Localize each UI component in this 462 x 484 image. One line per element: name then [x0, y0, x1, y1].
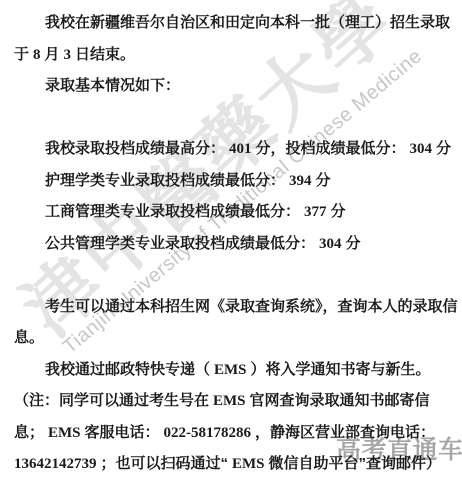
latin-number-text: EMS: [48, 425, 81, 441]
chinese-text: 我校录取投档成绩最高分：: [45, 140, 225, 157]
latin-number-text: 304: [319, 236, 342, 252]
latin-number-text: 394: [289, 173, 312, 189]
doc-line: （注：同学可以通过考生号在EMS官网查询录取通知书邮寄信: [14, 385, 448, 417]
doc-line: 我校通过邮政特快专递（EMS）将入学通知书寄与新生。: [14, 354, 448, 386]
doc-line: 息；EMS客服电话：022-58178286，静海区营业部查询电话：: [14, 417, 448, 449]
blank-line: [14, 259, 448, 291]
chinese-text: 客服电话：: [85, 424, 160, 441]
chinese-text: 微信自助平台”查询邮件）: [269, 455, 442, 472]
chinese-text: ，静海区营业部查询电话：: [255, 424, 435, 441]
doc-line: 公共管理学类专业录取投档成绩最低分：304分: [14, 228, 448, 260]
chinese-text: 工商管理类专业录取投档成绩最低分：: [45, 203, 300, 220]
doc-line: 我校在新疆维吾尔自治区和田定向本科一批（理工）招生录取: [14, 7, 448, 39]
chinese-text: 月: [45, 46, 60, 63]
doc-line: 护理学类专业录取投档成绩最低分：394分: [14, 165, 448, 197]
chinese-text: ；也可以扫码通过“: [101, 455, 229, 472]
chinese-text: 官网查询录取通知书邮寄信: [250, 392, 430, 409]
document-page: 津中醫藥大學 Tianjin University of Traditional…: [0, 0, 462, 484]
latin-number-text: EMS: [213, 393, 246, 409]
doc-line: 考生可以通过本科招生网《录取查询系统》，查询本人的录取信: [14, 291, 448, 323]
latin-number-text: EMS: [214, 362, 247, 378]
latin-number-text: 304: [410, 141, 433, 157]
latin-number-text: EMS: [232, 456, 265, 472]
chinese-text: 分: [316, 172, 331, 189]
latin-number-text: 022-58178286: [164, 425, 252, 441]
doc-line: 工商管理类专业录取投档成绩最低分：377分: [14, 196, 448, 228]
chinese-text: 我校通过邮政特快专递（: [45, 361, 210, 378]
chinese-text: 护理学类专业录取投档成绩最低分：: [45, 172, 285, 189]
chinese-text: 分，投档成绩最低分：: [256, 140, 406, 157]
chinese-text: 于: [14, 46, 29, 63]
chinese-text: 录取基本情况如下：: [45, 77, 180, 94]
chinese-text: 分: [331, 203, 346, 220]
chinese-text: ）将入学通知书寄与新生。: [251, 361, 431, 378]
chinese-text: 我校在新疆维吾尔自治区和田定向本科一批（理工）招生录取: [45, 14, 450, 31]
chinese-text: 公共管理学类专业录取投档成绩最低分：: [45, 235, 315, 252]
chinese-text: 分: [346, 235, 361, 252]
doc-line: 13642142739；也可以扫码通过“EMS微信自助平台”查询邮件）: [14, 448, 448, 480]
document-body: 我校在新疆维吾尔自治区和田定向本科一批（理工）招生录取于8月3日结束。录取基本情…: [0, 0, 462, 480]
chinese-text: 考生可以通过本科招生网《录取查询系统》，查询本人的录取信: [45, 298, 458, 315]
chinese-text: 息。: [14, 329, 44, 346]
blank-line: [14, 102, 448, 134]
doc-line: 于8月3日结束。: [14, 39, 448, 71]
latin-number-text: 3: [64, 47, 72, 63]
chinese-text: 日结束。: [75, 46, 135, 63]
chinese-text: 息；: [14, 424, 44, 441]
latin-number-text: 13642142739: [14, 456, 97, 472]
latin-number-text: 8: [33, 47, 41, 63]
latin-number-text: 401: [229, 141, 252, 157]
doc-line: 息。: [14, 322, 448, 354]
chinese-text: 分: [436, 140, 451, 157]
doc-line: 我校录取投档成绩最高分：401分，投档成绩最低分：304分: [14, 133, 448, 165]
latin-number-text: 377: [304, 204, 327, 220]
doc-line: 录取基本情况如下：: [14, 70, 448, 102]
chinese-text: （注：同学可以通过考生号在: [14, 392, 209, 409]
